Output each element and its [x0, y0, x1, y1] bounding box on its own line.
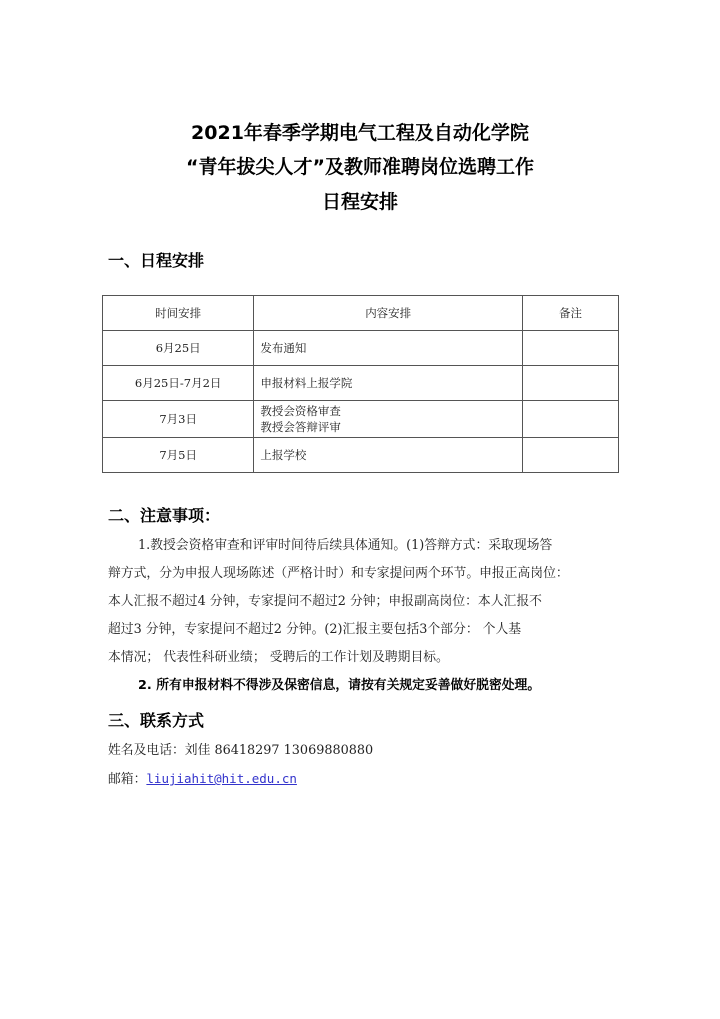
cell-content: 教授会资格审查 教授会答辩评审	[254, 401, 523, 438]
cell-time: 7月5日	[103, 438, 254, 473]
header-note: 备注	[523, 296, 619, 331]
cell-content: 上报学校	[254, 438, 523, 473]
cell-note	[523, 366, 619, 401]
schedule-table: 时间安排 内容安排 备注 6月25日 发布通知 6月25日-7月2日 申报材料上…	[102, 295, 619, 473]
header-time: 时间安排	[103, 296, 254, 331]
cell-note	[523, 401, 619, 438]
contact-email-row: 邮箱：liujiahit@hit.edu.cn	[108, 765, 618, 794]
cell-content-line: 教授会答辩评审	[260, 419, 522, 435]
section1-heading: 一、日程安排	[108, 248, 204, 271]
cell-content: 申报材料上报学院	[254, 366, 523, 401]
paragraph-line: 本人汇报不超过4 分钟，专家提问不超过2 分钟；申报副高岗位：本人汇报不	[108, 588, 618, 616]
cell-time: 6月25日	[103, 331, 254, 366]
section2-heading: 二、注意事项：	[108, 503, 220, 526]
contact-block: 姓名及电话：刘佳 86418297 13069880880 邮箱：liujiah…	[108, 737, 618, 794]
cell-content: 发布通知	[254, 331, 523, 366]
paragraph-line: 超过3 分钟，专家提问不超过2 分钟。(2)汇报主要包括3个部分： 个人基	[108, 616, 618, 644]
header-content: 内容安排	[254, 296, 523, 331]
table-row: 7月3日 教授会资格审查 教授会答辩评审	[103, 401, 619, 438]
paragraph-line: 辩方式，分为申报人现场陈述（严格计时）和专家提问两个环节。申报正高岗位：	[108, 560, 618, 588]
cell-note	[523, 331, 619, 366]
table-header-row: 时间安排 内容安排 备注	[103, 296, 619, 331]
cell-time: 6月25日-7月2日	[103, 366, 254, 401]
notice-item-1: 1.教授会资格审查和评审时间待后续具体通知。(1)答辩方式：采取现场答 辩方式，…	[108, 532, 618, 700]
email-link[interactable]: liujiahit@hit.edu.cn	[146, 771, 297, 786]
contact-name-phone: 姓名及电话：刘佳 86418297 13069880880	[108, 737, 618, 765]
section3-heading: 三、联系方式	[108, 708, 204, 731]
cell-content-line: 教授会资格审查	[260, 403, 522, 419]
cell-note	[523, 438, 619, 473]
notice-item-2: 2. 所有申报材料不得涉及保密信息，请按有关规定妥善做好脱密处理。	[108, 672, 618, 700]
table-row: 6月25日 发布通知	[103, 331, 619, 366]
table-row: 7月5日 上报学校	[103, 438, 619, 473]
doc-title-line3: 日程安排	[0, 187, 720, 214]
email-label: 邮箱：	[108, 772, 146, 787]
paragraph-line: 1.教授会资格审查和评审时间待后续具体通知。(1)答辩方式：采取现场答	[108, 532, 618, 560]
cell-time: 7月3日	[103, 401, 254, 438]
table-row: 6月25日-7月2日 申报材料上报学院	[103, 366, 619, 401]
doc-title-line1: 2021年春季学期电气工程及自动化学院	[0, 118, 720, 145]
doc-title-line2: “青年拔尖人才”及教师准聘岗位选聘工作	[0, 152, 720, 179]
paragraph-line: 本情况； 代表性科研业绩； 受聘后的工作计划及聘期目标。	[108, 644, 618, 672]
